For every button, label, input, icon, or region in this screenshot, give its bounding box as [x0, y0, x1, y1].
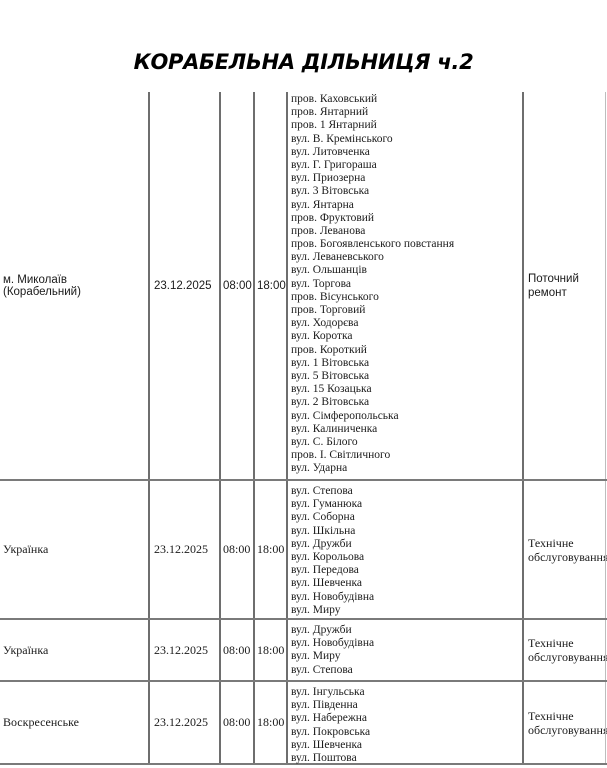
street-item: пров. Фруктовий — [291, 212, 454, 225]
street-item: вул. Інгульська — [291, 686, 370, 699]
start-time-cell: 08:00 — [221, 481, 253, 618]
end-time-cell: 18:00 — [255, 481, 286, 618]
street-list: вул. Дружбивул. Новобудівнавул. Мирувул.… — [291, 624, 374, 677]
street-item: вул. Шевченка — [291, 577, 374, 590]
street-item: вул. 15 Козацька — [291, 383, 454, 396]
street-item: вул. Литовченка — [291, 146, 454, 159]
street-item: вул. Поштова — [291, 752, 370, 765]
settlement-cell: м. Миколаїв (Корабельний) — [0, 92, 148, 479]
street-item: пров. Вісунського — [291, 291, 454, 304]
street-item: пров. Торговий — [291, 304, 454, 317]
streets-cell: вул. Степовавул. Гуманюкавул. Соборнавул… — [288, 481, 522, 618]
end-time-cell: 18:00 — [255, 92, 286, 479]
street-item: вул. Дружби — [291, 538, 374, 551]
street-item: вул. 5 Вітовська — [291, 370, 454, 383]
street-item: вул. В. Кремінського — [291, 133, 454, 146]
street-item: пров. Леванова — [291, 225, 454, 238]
street-item: вул. Приозерна — [291, 172, 454, 185]
table-row: Українка 23.12.2025 08:00 18:00 вул. Сте… — [0, 481, 607, 620]
settlement-cell: Українка — [0, 620, 148, 680]
street-item: вул. Степова — [291, 664, 374, 677]
start-time-cell: 08:00 — [221, 92, 253, 479]
street-item: вул. Степова — [291, 485, 374, 498]
street-item: пров. Короткий — [291, 344, 454, 357]
street-item: вул. Набережна — [291, 712, 370, 725]
street-item: вул. Коротка — [291, 330, 454, 343]
date-cell: 23.12.2025 — [150, 481, 219, 618]
table-row: Воскресенське 23.12.2025 08:00 18:00 вул… — [0, 682, 607, 765]
work-type-cell: Технічне обслуговування — [524, 682, 607, 763]
street-item: вул. Ходорєва — [291, 317, 454, 330]
street-item: пров. 1 Янтарний — [291, 119, 454, 132]
street-item: вул. Шевченка — [291, 739, 370, 752]
street-item: вул. Новобудівна — [291, 591, 374, 604]
street-item: вул. Торгова — [291, 278, 454, 291]
start-time-cell: 08:00 — [221, 620, 253, 680]
street-list: вул. Інгульськавул. Південнавул. Набереж… — [291, 686, 370, 765]
street-item: вул. Миру — [291, 604, 374, 617]
street-item: вул. Корольова — [291, 551, 374, 564]
streets-cell: вул. Дружбивул. Новобудівнавул. Мирувул.… — [288, 620, 522, 680]
outage-schedule-table: м. Миколаїв (Корабельний) 23.12.2025 08:… — [0, 92, 607, 765]
street-item: вул. Покровська — [291, 726, 370, 739]
street-list: вул. Степовавул. Гуманюкавул. Соборнавул… — [291, 485, 374, 617]
street-item: вул. Новобудівна — [291, 637, 374, 650]
street-list: пров. Каховськийпров. Янтарнийпров. 1 Ян… — [291, 93, 454, 475]
streets-cell: пров. Каховськийпров. Янтарнийпров. 1 Ян… — [288, 92, 522, 479]
streets-cell: вул. Інгульськавул. Південнавул. Набереж… — [288, 682, 522, 763]
date-cell: 23.12.2025 — [150, 620, 219, 680]
work-type-cell: Поточний ремонт — [524, 92, 607, 479]
table-row: м. Миколаїв (Корабельний) 23.12.2025 08:… — [0, 92, 607, 481]
end-time-cell: 18:00 — [255, 682, 286, 763]
date-cell: 23.12.2025 — [150, 682, 219, 763]
start-time-cell: 08:00 — [221, 682, 253, 763]
street-item: вул. Південна — [291, 699, 370, 712]
settlement-cell: Воскресенське — [0, 682, 148, 763]
street-item: вул. Ольшанців — [291, 264, 454, 277]
street-item: вул. Дружби — [291, 624, 374, 637]
street-item: пров. Богоявленського повстання — [291, 238, 454, 251]
street-item: вул. 1 Вітовська — [291, 357, 454, 370]
street-item: пров. І. Світличного — [291, 449, 454, 462]
date-cell: 23.12.2025 — [150, 92, 219, 479]
street-item: пров. Каховський — [291, 93, 454, 106]
street-item: вул. Передова — [291, 564, 374, 577]
end-time-cell: 18:00 — [255, 620, 286, 680]
street-item: вул. Калиниченка — [291, 423, 454, 436]
table-row: Українка 23.12.2025 08:00 18:00 вул. Дру… — [0, 620, 607, 682]
street-item: вул. Г. Григораша — [291, 159, 454, 172]
street-item: вул. Янтарна — [291, 199, 454, 212]
street-item: пров. Янтарний — [291, 106, 454, 119]
street-item: вул. Соборна — [291, 511, 374, 524]
street-item: вул. С. Білого — [291, 436, 454, 449]
street-item: вул. Сімферопольська — [291, 410, 454, 423]
street-item: вул. Леваневського — [291, 251, 454, 264]
settlement-cell: Українка — [0, 481, 148, 618]
street-item: вул. Миру — [291, 650, 374, 663]
street-item: вул. Ударна — [291, 462, 454, 475]
street-item: вул. 3 Вітовська — [291, 185, 454, 198]
work-type-cell: Технічне обслуговування — [524, 481, 607, 618]
page-title: КОРАБЕЛЬНА ДІЛЬНИЦЯ ч.2 — [0, 50, 607, 74]
street-item: вул. 2 Вітовська — [291, 396, 454, 409]
work-type-cell: Технічне обслуговування — [524, 620, 607, 680]
street-item: вул. Гуманюка — [291, 498, 374, 511]
street-item: вул. Шкільна — [291, 525, 374, 538]
